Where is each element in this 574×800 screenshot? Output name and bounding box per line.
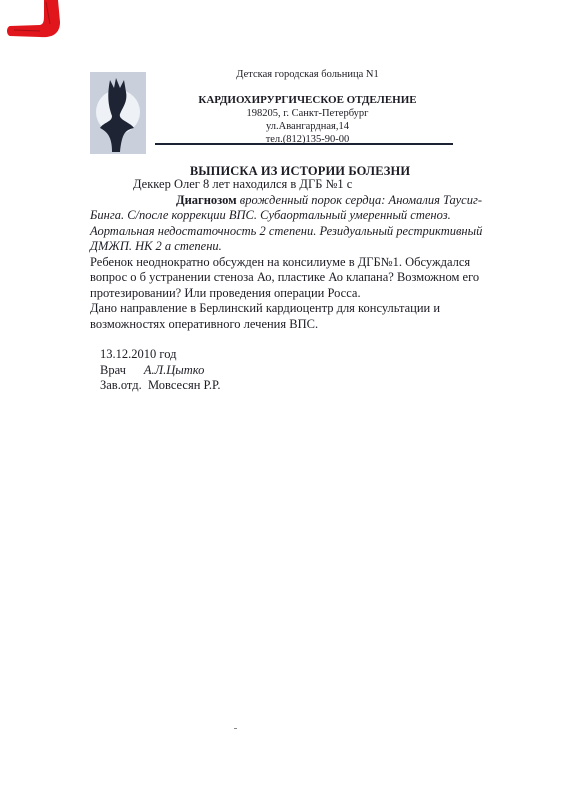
head-line: Зав.отд. Мовсесян Р.Р.: [100, 378, 221, 394]
hands-heart-emblem-icon: [90, 72, 146, 154]
letterhead-divider: [155, 143, 453, 145]
document-date: 13.12.2010 год: [100, 347, 221, 363]
referral-paragraph: Дано направление в Берлинский кардиоцент…: [90, 301, 510, 332]
department-name: КАРДИОХИРУРГИЧЕСКОЕ ОТДЕЛЕНИЕ: [155, 94, 460, 107]
signature-block: 13.12.2010 год ВрачА.Л.Цытко Зав.отд. Мо…: [100, 347, 221, 394]
head-name: Мовсесян Р.Р.: [148, 378, 221, 392]
doctor-line: ВрачА.Л.Цытко: [100, 363, 221, 379]
address-street: ул.Авангардная,14: [155, 120, 460, 133]
doctor-label: Врач: [100, 363, 126, 377]
patient-line: Деккер Олег 8 лет находился в ДГБ №1 с: [90, 177, 510, 193]
red-ribbon-icon: [0, 0, 60, 40]
doctor-name: А.Л.Цытко: [144, 363, 205, 377]
letterhead: Детская городская больница N1 КАРДИОХИРУ…: [155, 68, 460, 146]
document-body: Деккер Олег 8 лет находился в ДГБ №1 с Д…: [90, 177, 510, 332]
diagnosis-label: Диагнозом: [133, 193, 237, 207]
diagnosis-paragraph: Диагнозом врожденный порок сердца: Анома…: [90, 193, 510, 255]
head-label: Зав.отд.: [100, 378, 142, 392]
consilium-paragraph: Ребенок неоднократно обсужден на консили…: [90, 255, 510, 302]
institution-name: Детская городская больница N1: [155, 68, 460, 81]
scan-speck: [234, 728, 237, 729]
address-city: 198205, г. Санкт-Петербург: [155, 107, 460, 120]
